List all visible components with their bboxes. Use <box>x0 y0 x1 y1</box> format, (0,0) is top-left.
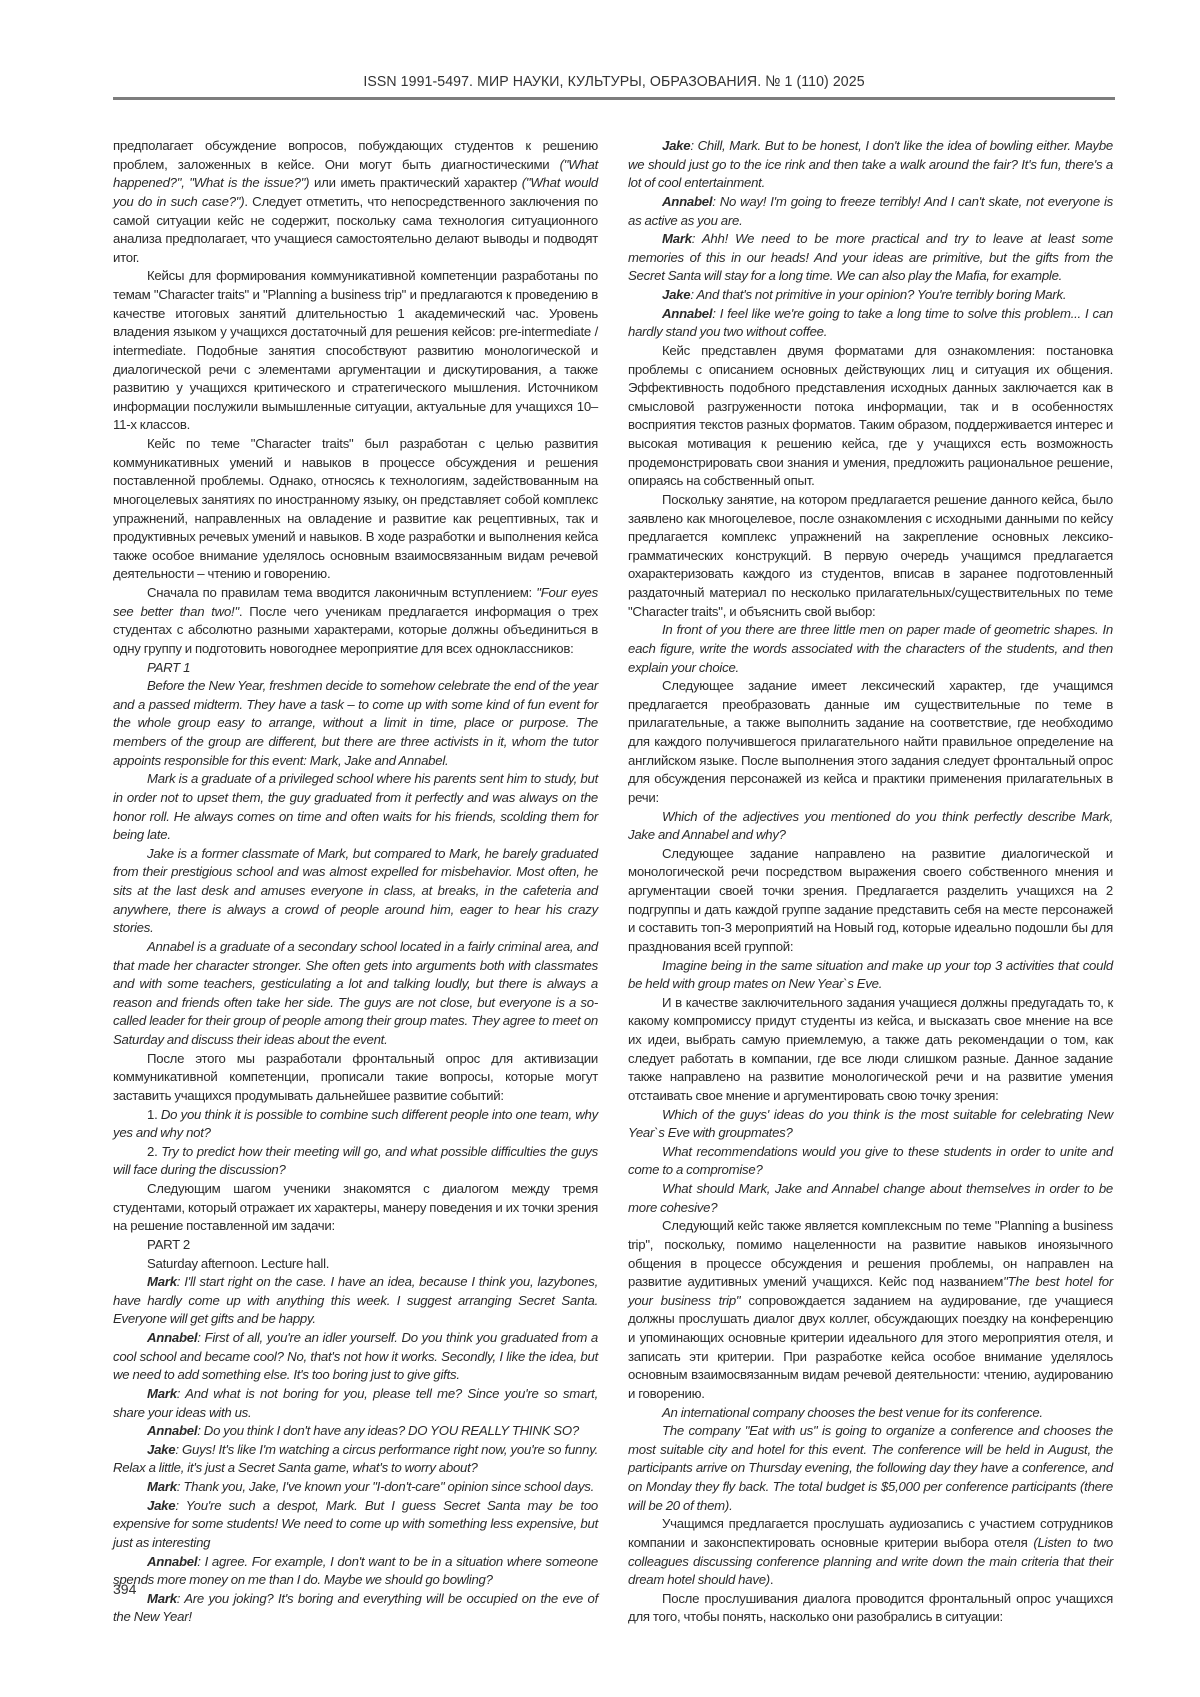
case-intro: Before the New Year, freshmen decide to … <box>113 677 598 770</box>
paragraph: Сначала по правилам тема вводится лакони… <box>113 584 598 659</box>
task-prompt: Which of the guys' ideas do you think is… <box>628 1106 1113 1143</box>
character-bio-jake: Jake is a former classmate of Mark, but … <box>113 845 598 938</box>
part-label: PART 2 <box>113 1236 598 1255</box>
task-prompt: What should Mark, Jake and Annabel chang… <box>628 1180 1113 1217</box>
paragraph: Кейсы для формирования коммуникативной к… <box>113 267 598 435</box>
paragraph: Учащимся предлагается прослушать аудиоза… <box>628 1515 1113 1590</box>
dialogue-line: Annabel: No way! I'm going to freeze ter… <box>628 193 1113 230</box>
part-label: PART 1 <box>113 659 598 678</box>
dialogue-line: Mark: Thank you, Jake, I've known your "… <box>113 1478 598 1497</box>
page-number: 394 <box>113 1581 136 1597</box>
dialogue-line: Annabel: I feel like we're going to take… <box>628 305 1113 342</box>
dialogue-line: Annabel: I agree. For example, I don't w… <box>113 1553 598 1590</box>
header-rule <box>113 97 1115 100</box>
scene-setting: Saturday afternoon. Lecture hall. <box>113 1255 598 1274</box>
paragraph: После прослушивания диалога проводится ф… <box>628 1590 1113 1627</box>
paragraph: Кейс представлен двумя форматами для озн… <box>628 342 1113 491</box>
dialogue-line: Mark: I'll start right on the case. I ha… <box>113 1273 598 1329</box>
running-header: ISSN 1991-5497. МИР НАУКИ, КУЛЬТУРЫ, ОБР… <box>148 73 1080 90</box>
question-item: 2. Try to predict how their meeting will… <box>113 1143 598 1180</box>
case-title: An international company chooses the bes… <box>628 1404 1113 1423</box>
character-bio-annabel: Annabel is a graduate of a secondary sch… <box>113 938 598 1050</box>
paragraph: предполагает обсуждение вопросов, побужд… <box>113 137 598 267</box>
paragraph: Поскольку занятие, на котором предлагает… <box>628 491 1113 621</box>
right-column: Jake: Chill, Mark. But to be honest, I d… <box>628 137 1113 1627</box>
paragraph: Кейс по теме "Character traits" был разр… <box>113 435 598 584</box>
task-prompt: Which of the adjectives you mentioned do… <box>628 808 1113 845</box>
dialogue-line: Annabel: Do you think I don't have any i… <box>113 1422 598 1441</box>
dialogue-line: Mark: Are you joking? It's boring and ev… <box>113 1590 598 1627</box>
question-item: 1. Do you think it is possible to combin… <box>113 1106 598 1143</box>
task-prompt: What recommendations would you give to t… <box>628 1143 1113 1180</box>
paragraph: Следующий кейс также является комплексны… <box>628 1217 1113 1403</box>
dialogue-line: Jake: You're such a despot, Mark. But I … <box>113 1497 598 1553</box>
paragraph: И в качестве заключительного задания уча… <box>628 994 1113 1106</box>
dialogue-line: Jake: Guys! It's like I'm watching a cir… <box>113 1441 598 1478</box>
character-bio-mark: Mark is a graduate of a privileged schoo… <box>113 770 598 845</box>
dialogue-line: Jake: And that's not primitive in your o… <box>628 286 1113 305</box>
dialogue-line: Annabel: First of all, you're an idler y… <box>113 1329 598 1385</box>
paragraph: Следующим шагом ученики знакомятся с диа… <box>113 1180 598 1236</box>
paragraph: Следующее задание направлено на развитие… <box>628 845 1113 957</box>
case-text: The company "Eat with us" is going to or… <box>628 1422 1113 1515</box>
task-prompt: In front of you there are three little m… <box>628 621 1113 677</box>
left-column: предполагает обсуждение вопросов, побужд… <box>113 137 598 1627</box>
dialogue-line: Mark: Ahh! We need to be more practical … <box>628 230 1113 286</box>
paragraph: После этого мы разработали фронтальный о… <box>113 1050 598 1106</box>
task-prompt: Imagine being in the same situation and … <box>628 957 1113 994</box>
dialogue-line: Mark: And what is not boring for you, pl… <box>113 1385 598 1422</box>
dialogue-line: Jake: Chill, Mark. But to be honest, I d… <box>628 137 1113 193</box>
paragraph: Следующее задание имеет лексический хара… <box>628 677 1113 807</box>
